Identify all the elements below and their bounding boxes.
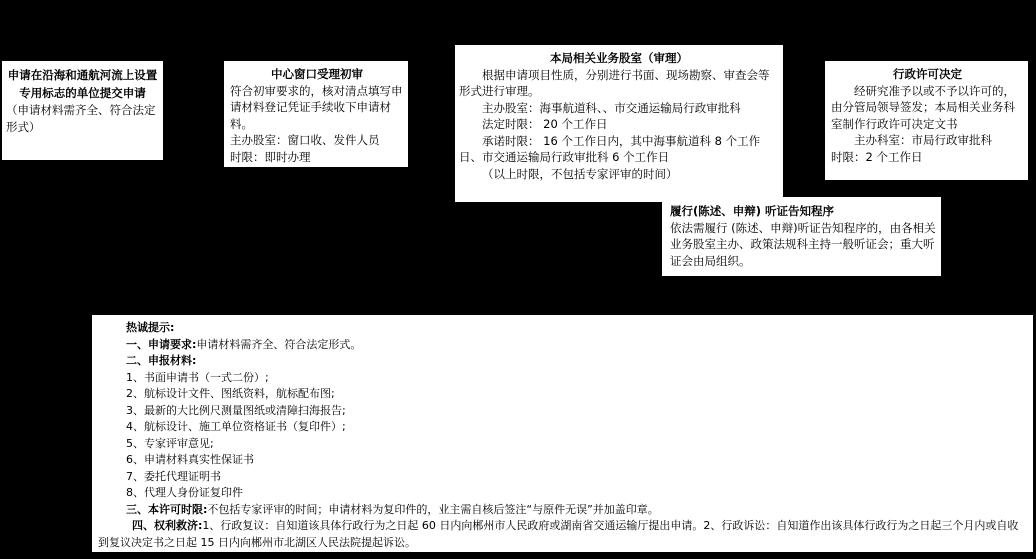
material-item: 1、书面申请书（一式二份）; [98, 370, 1027, 387]
step-window-line: 主办股室：窗口收、发件人员 [230, 132, 404, 149]
notes-requirement: 一、申请要求:申请材料需齐全、符合法定形式。 [98, 337, 1027, 354]
step-review-title: 本局相关业务股室（审理） [459, 50, 779, 67]
step-window-box: 中心窗口受理初审 符合初审要求的，核对清点填写申请材料登记凭证手续收下申请材料。… [224, 61, 408, 167]
step-review-line: 根据申请项目性质，分别进行书面、现场勘察、审查会等形式进行审理。 [459, 67, 779, 100]
time-limit-text: 不包括专家评审的时间；申请材料为复印件的，业主需自核后签注“与原件无误”并加盖印… [207, 503, 658, 516]
step-review-box: 本局相关业务股室（审理） 根据申请项目性质，分别进行书面、现场勘察、审查会等形式… [455, 45, 783, 202]
step-review-line: 法定时限： 20 个工作日 [459, 116, 779, 133]
material-item: 5、专家评审意见; [98, 436, 1027, 453]
notes-remedy: 四、权利救济:1、行政复议：自知道该具体行政行为之日起 60 日内向郴州市人民政… [98, 518, 1027, 551]
remedy-label: 四、权利救济: [132, 519, 202, 532]
step-review-line: （以上时限，不包括专家评审的时间） [459, 166, 779, 183]
step-window-line: 符合初审要求的，核对清点填写申请材料登记凭证手续收下申请材料。 [230, 83, 404, 133]
material-item: 6、申请材料真实性保证书 [98, 452, 1027, 469]
step-decision-line: 时限：2 个工作日 [831, 149, 1024, 166]
materials-label: 二、申报材料: [98, 353, 1027, 370]
step-apply-box: 申请在沿海和通航河流上设置专用标志的单位提交申请 （申请材料需齐全、符合法定形式… [2, 61, 163, 160]
step-review-line: 承诺时限： 16 个工作日内，其中海事航道科 8 个工作日、市交通运输局行政审批… [459, 133, 779, 166]
step-decision-title: 行政许可决定 [831, 66, 1024, 83]
step-decision-line: 经研究准予以或不予以许可的，由分管局领导签发；本局相关业务科室制作行政许可决定文… [831, 83, 1024, 133]
requirement-label: 一、申请要求: [126, 338, 196, 351]
material-item: 7、委托代理证明书 [98, 469, 1027, 486]
step-apply-note: （申请材料需齐全、符合法定形式） [6, 102, 159, 135]
notes-time-limit: 三、本许可时限:不包括专家评审的时间；申请材料为复印件的，业主需自核后签注“与原… [98, 502, 1027, 519]
step-review-line: 主办股室：海事航道科、、市交通运输局行政审批科 [459, 100, 779, 117]
remedy-text: 1、行政复议：自知道该具体行政行为之日起 60 日内向郴州市人民政府或湖南省交通… [98, 519, 1018, 549]
step-apply-title: 申请在沿海和通航河流上设置专用标志的单位提交申请 [6, 66, 159, 102]
material-item: 2、航标设计文件、图纸资料，航标配布图; [98, 386, 1027, 403]
step-window-line: 时限：即时办理 [230, 149, 404, 166]
step-decision-line: 主办科室：市局行政审批科 [831, 132, 1024, 149]
step-hearing-box: 履行(陈述、申辩) 听证告知程序 依法需履行 (陈述、申辩)听证告知程序的，由各… [662, 197, 941, 276]
step-decision-box: 行政许可决定 经研究准予以或不予以许可的，由分管局领导签发；本局相关业务科室制作… [825, 61, 1028, 180]
requirement-text: 申请材料需齐全、符合法定形式。 [196, 338, 361, 351]
notes-heading: 热诚提示: [98, 320, 1027, 337]
material-item: 3、最新的大比例尺测量图纸或清障扫海报告; [98, 403, 1027, 420]
step-hearing-line: 依法需履行 (陈述、申辩)听证告知程序的，由各相关业务股室主办、政策法规科主持一… [670, 220, 937, 270]
time-limit-label: 三、本许可时限: [126, 503, 207, 516]
step-window-title: 中心窗口受理初审 [230, 66, 404, 83]
material-item: 8、代理人身份证复印件 [98, 485, 1027, 502]
material-item: 4、航标设计、施工单位资格证书（复印件）; [98, 419, 1027, 436]
notes-panel: 热诚提示: 一、申请要求:申请材料需齐全、符合法定形式。 二、申报材料: 1、书… [92, 315, 1033, 552]
step-hearing-title: 履行(陈述、申辩) 听证告知程序 [670, 203, 937, 220]
